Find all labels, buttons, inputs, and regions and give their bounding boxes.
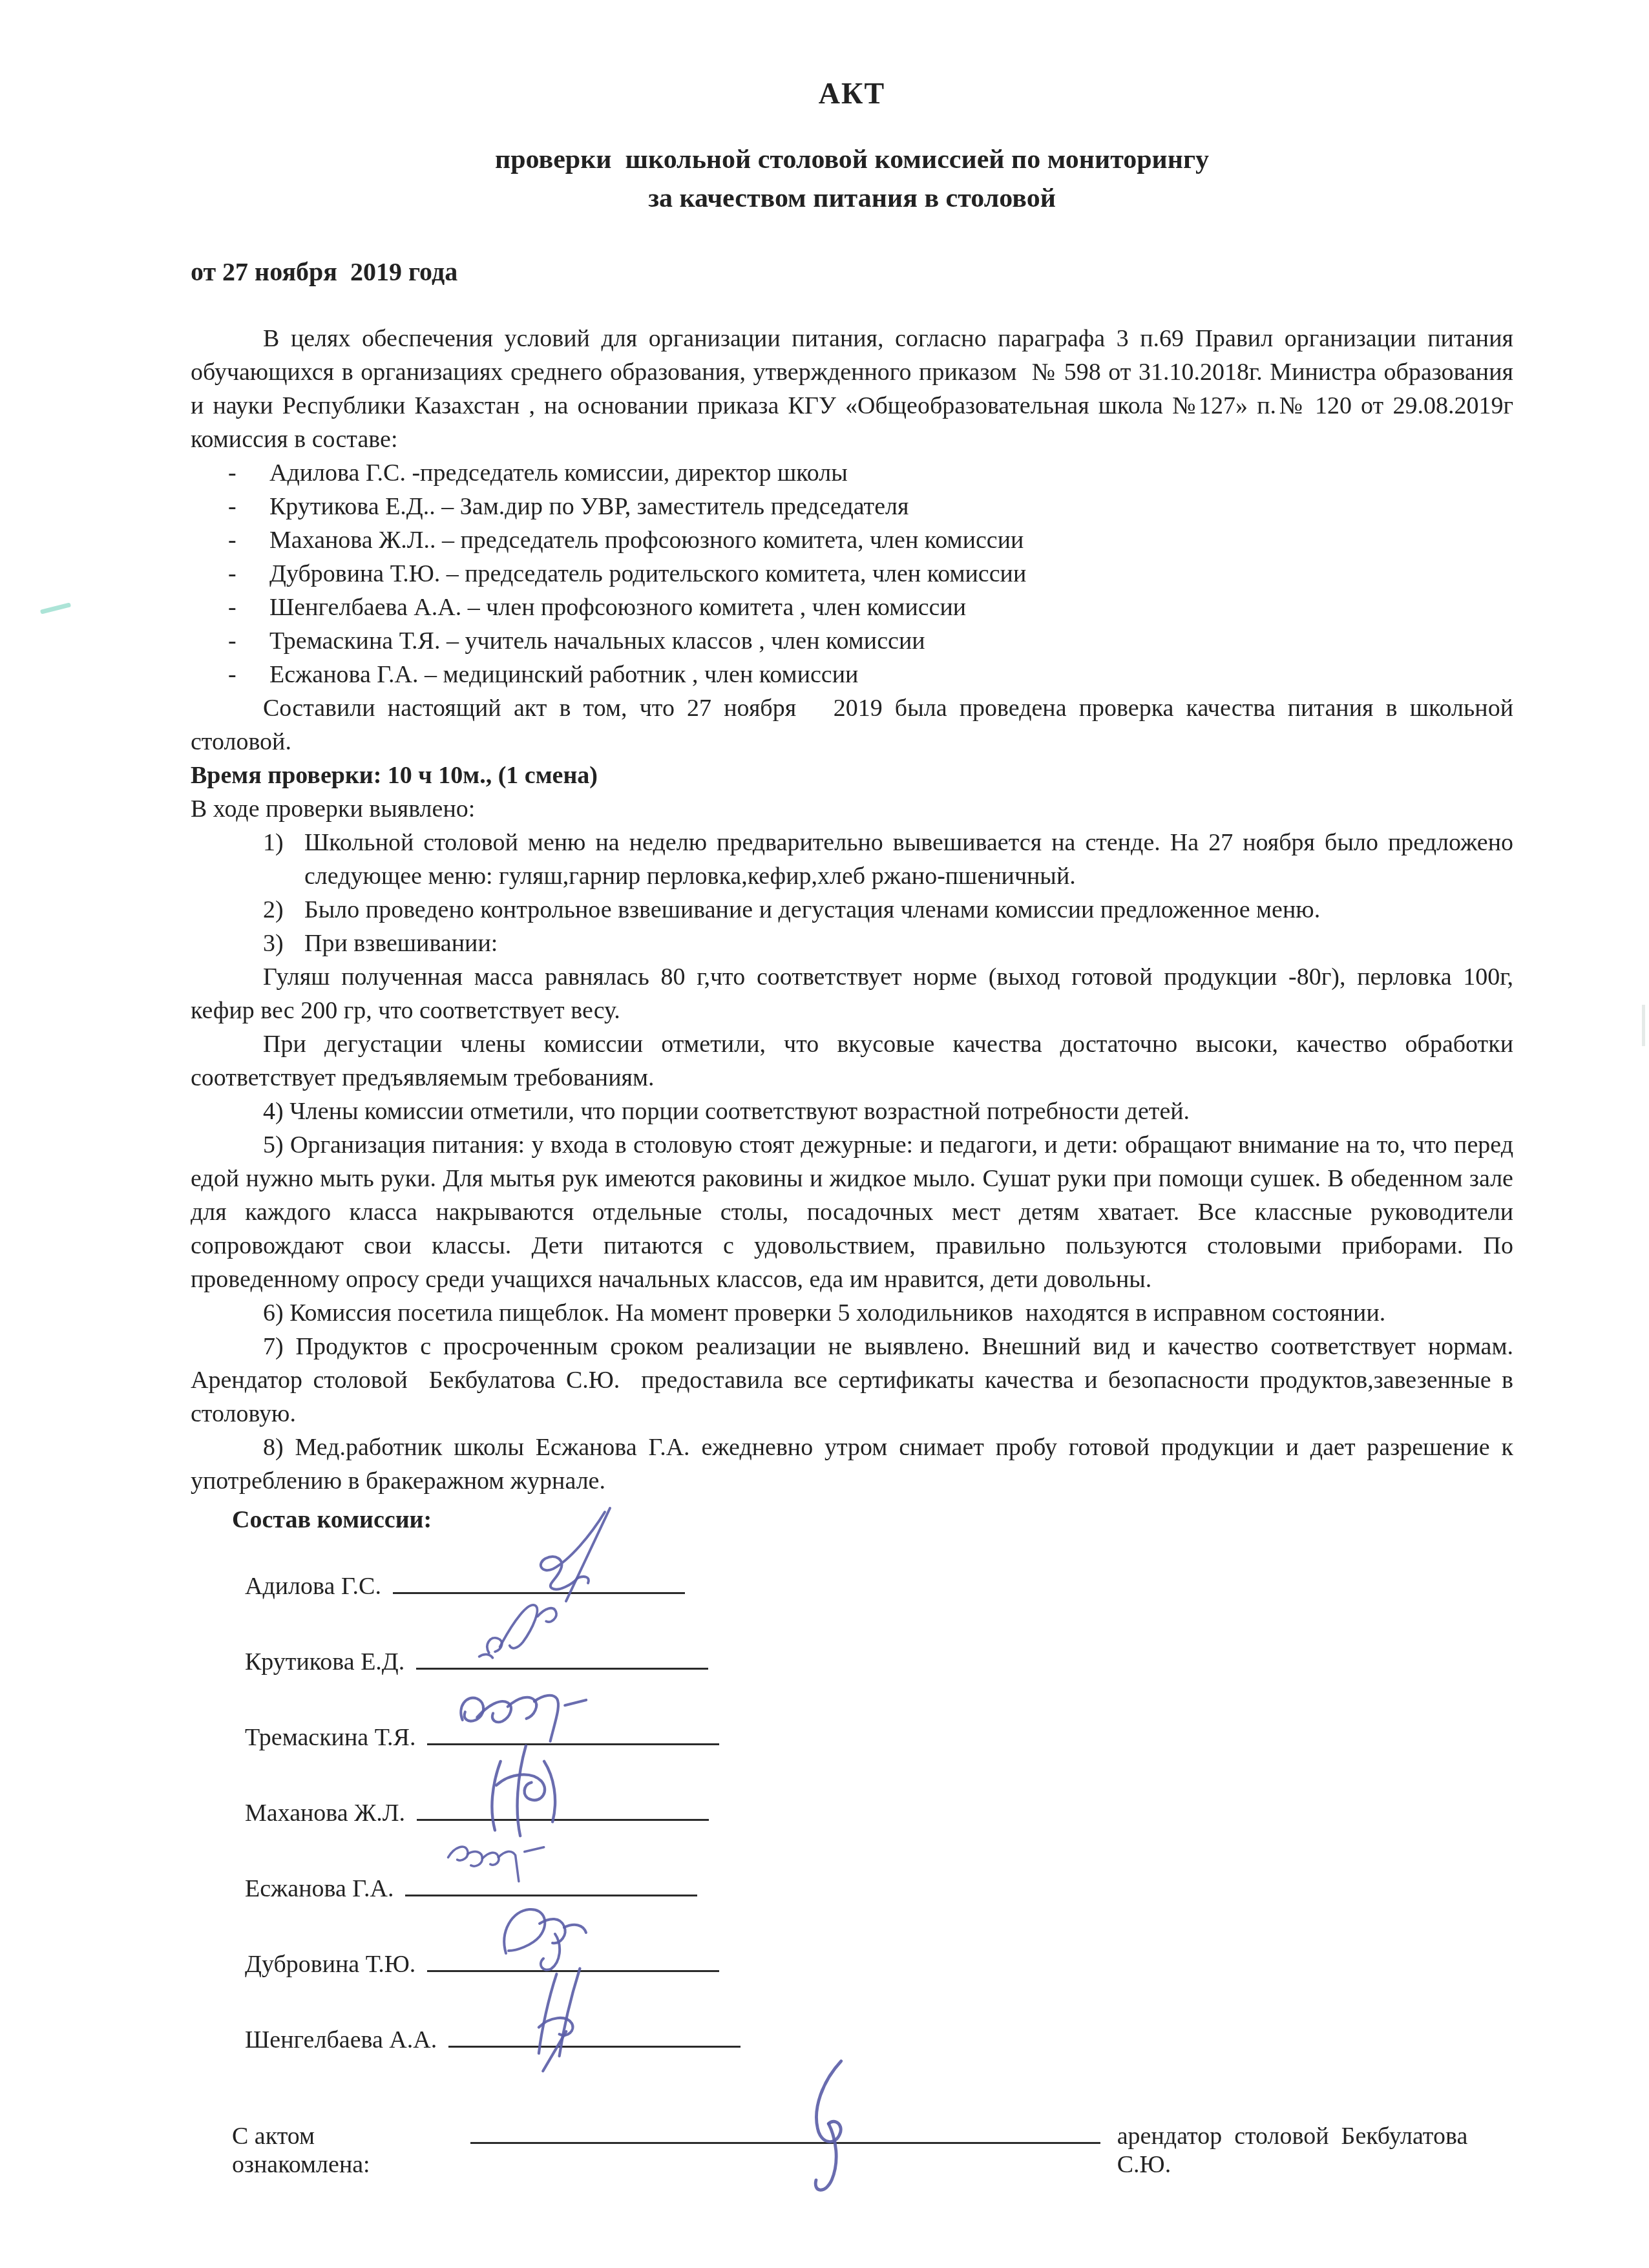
signature-name: Маханова Ж.Л. — [245, 1796, 405, 1830]
intro-paragraph: В целях обеспечения условий для организа… — [191, 322, 1513, 456]
acknowledgement-right-text: арендатор столовой Бекбулатова С.Ю. — [1117, 2122, 1513, 2179]
signature-row: Маханова Ж.Л. — [191, 1790, 1513, 1830]
findings-intro: В ходе проверки выявлено: — [191, 792, 1513, 826]
finding-text: Школьной столовой меню на неделю предвар… — [304, 826, 1513, 893]
signature-row: Дубровина Т.Ю. — [191, 1942, 1513, 1981]
signature-line — [393, 1564, 685, 1594]
signature-rows: Адилова Г.С.Крутикова Е.Д.Тремаскина Т.Я… — [191, 1564, 1513, 2057]
commission-member: -Тремаскина Т.Я. – учитель начальных кла… — [191, 624, 1513, 658]
finding-numbered-paragraph: 8) Мед.работник школы Есжанова Г.А. ежед… — [191, 1431, 1513, 1498]
findings-list: 1)Школьной столовой меню на неделю предв… — [191, 826, 1513, 960]
acknowledgement-row: С актом ознакомлена: арендатор столовой … — [191, 2114, 1513, 2179]
commission-member: -Шенгелбаева А.А. – член профсоюзного ко… — [191, 591, 1513, 624]
acknowledgement-signature-line — [470, 2114, 1100, 2144]
document-date: от 27 ноября 2019 года — [191, 257, 1513, 287]
signatures-heading: Состав комиссии: — [232, 1503, 1513, 1537]
scan-artifact-teal — [40, 602, 71, 614]
finding-item: 1)Школьной столовой меню на неделю предв… — [191, 826, 1513, 893]
list-dash-marker: - — [228, 624, 269, 658]
signature-name: Есжанова Г.А. — [245, 1872, 394, 1906]
list-dash-marker: - — [228, 658, 269, 691]
act-statement: Составили настоящий акт в том, что 27 но… — [191, 691, 1513, 759]
finding-number: 1) — [263, 826, 304, 893]
document-subtitle-line2: за качеством питания в столовой — [191, 179, 1513, 218]
commission-member-text: Есжанова Г.А. – медицинский работник , ч… — [269, 658, 858, 691]
signature-row: Адилова Г.С. — [191, 1564, 1513, 1603]
signature-name: Дубровина Т.Ю. — [245, 1948, 415, 1981]
finding-item: 2)Было проведено контрольное взвешивание… — [191, 893, 1513, 927]
finding-numbered-paragraph: 5) Организация питания: у входа в столов… — [191, 1128, 1513, 1296]
list-dash-marker: - — [228, 557, 269, 591]
commission-member-text: Маханова Ж.Л.. – председатель профсоюзно… — [269, 523, 1024, 557]
finding-numbered-paragraph: 4) Члены комиссии отметили, что порции с… — [191, 1095, 1513, 1128]
commission-member-text: Шенгелбаева А.А. – член профсоюзного ком… — [269, 591, 966, 624]
scan-artifact-gray — [1642, 1005, 1645, 1046]
commission-member: -Есжанова Г.А. – медицинский работник , … — [191, 658, 1513, 691]
signature-name: Адилова Г.С. — [245, 1570, 381, 1603]
finding-text: Было проведено контрольное взвешивание и… — [304, 893, 1513, 927]
signature-row: Шенгелбаева А.А. — [191, 2017, 1513, 2057]
signature-name: Шенгелбаева А.А. — [245, 2023, 437, 2057]
document-subtitle-line1: проверки школьной столовой комиссией по … — [191, 140, 1513, 179]
signature-line — [448, 2017, 740, 2048]
list-dash-marker: - — [228, 490, 269, 523]
finding-text: При взвешивании: — [304, 927, 1513, 960]
commission-member-text: Крутикова Е.Д.. – Зам.дир по УВР, замест… — [269, 490, 909, 523]
commission-member: -Дубровина Т.Ю. – председатель родительс… — [191, 557, 1513, 591]
finding-item: 3)При взвешивании: — [191, 927, 1513, 960]
signature-name: Тремаскина Т.Я. — [245, 1721, 415, 1754]
signature-row: Тремаскина Т.Я. — [191, 1715, 1513, 1754]
findings-numbered-paragraphs: 4) Члены комиссии отметили, что порции с… — [191, 1095, 1513, 1498]
commission-member-text: Дубровина Т.Ю. – председатель родительск… — [269, 557, 1026, 591]
finding-number: 3) — [263, 927, 304, 960]
list-dash-marker: - — [228, 591, 269, 624]
finding-paragraph: При дегустации члены комиссии отметили, … — [191, 1027, 1513, 1095]
signature-line — [427, 1942, 719, 1972]
check-time-line: Время проверки: 10 ч 10м., (1 смена) — [191, 759, 1513, 792]
signature-line — [417, 1790, 709, 1821]
commission-member: -Адилова Г.С. -председатель комиссии, ди… — [191, 456, 1513, 490]
signature-line — [416, 1639, 708, 1670]
acknowledgement-label: С актом ознакомлена: — [232, 2122, 451, 2179]
findings-paragraphs: Гуляш полученная масса равнялась 80 г,чт… — [191, 960, 1513, 1095]
signature-name: Крутикова Е.Д. — [245, 1645, 404, 1679]
list-dash-marker: - — [228, 523, 269, 557]
finding-paragraph: Гуляш полученная масса равнялась 80 г,чт… — [191, 960, 1513, 1027]
list-dash-marker: - — [228, 456, 269, 490]
acknowledgement-signature-ink — [716, 2058, 951, 2207]
commission-members-list: -Адилова Г.С. -председатель комиссии, ди… — [191, 456, 1513, 691]
finding-numbered-paragraph: 7) Продуктов с просроченным сроком реали… — [191, 1330, 1513, 1431]
commission-member: -Крутикова Е.Д.. – Зам.дир по УВР, замес… — [191, 490, 1513, 523]
signature-row: Есжанова Г.А. — [191, 1866, 1513, 1906]
commission-member-text: Тремаскина Т.Я. – учитель начальных клас… — [269, 624, 925, 658]
commission-member: -Маханова Ж.Л.. – председатель профсоюзн… — [191, 523, 1513, 557]
finding-number: 2) — [263, 893, 304, 927]
finding-numbered-paragraph: 6) Комиссия посетила пищеблок. На момент… — [191, 1296, 1513, 1330]
document-title: АКТ — [191, 76, 1513, 110]
signature-line — [405, 1866, 697, 1896]
signature-row: Крутикова Е.Д. — [191, 1639, 1513, 1679]
commission-member-text: Адилова Г.С. -председатель комиссии, дир… — [269, 456, 848, 490]
document-page: АКТ проверки школьной столовой комиссией… — [0, 0, 1649, 2179]
signature-line — [427, 1715, 719, 1745]
